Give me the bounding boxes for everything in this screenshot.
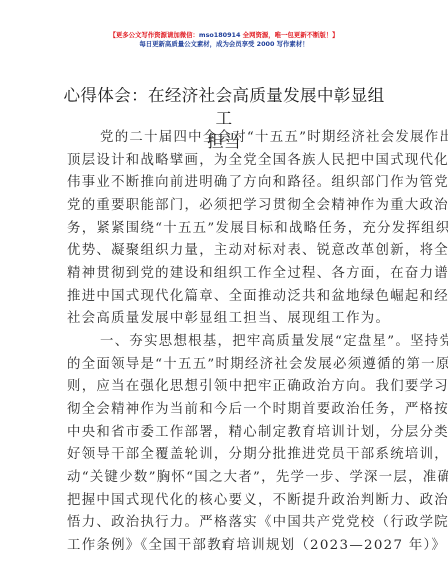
text-line: 的全面领导是“十五五”时期经济社会发展必须遵循的第一原 [67,354,383,377]
document-page: 【更多公文写作资源请加微信：mso180914 全网资源，唯一包更新不断版！】 … [0,0,448,580]
text-line: 则，应当在强化思想引领中把牢正确政治方向。我们要学习贯 [67,376,383,399]
text-line: 好领导干部全覆盖轮训，分期分批推进党员干部系统培训，推 [67,444,383,467]
promo-suffix: 全网资源，唯一包更新不断版！】 [240,31,338,39]
paragraph-section-1: 一、夯实思想根基，把牢高质量发展“定盘星”。坚持党 的全面领导是“十五五”时期经… [67,331,383,558]
text-line: 党的二十届四中全会对“十五五”时期经济社会发展作出 [67,127,383,150]
page-number: 1 [0,541,448,551]
text-line: 彻全会精神作为当前和今后一个时期首要政治任务，严格按照 [67,399,383,422]
wechat-id: mso180914 [199,31,241,39]
text-line: 社会高质量发展中彰显组工担当、展现组工作为。 [67,308,383,331]
text-line: 务，紧紧围绕“十五五”发展目标和战略任务，充分发挥组织 [67,218,383,241]
text-line: 优势、凝聚组织力量，主动对标对表、锐意改革创新，将全会 [67,240,383,263]
text-line: 伟事业不断推向前进明确了方向和路径。组织部门作为管党治 [67,172,383,195]
promo-prefix: 【更多公文写作资源请加微信： [109,31,198,39]
text-line: 动“关键少数”胸怀“国之大者”，先学一步、学深一层，准确 [67,467,383,490]
text-line: 一、夯实思想根基，把牢高质量发展“定盘星”。坚持党 [67,331,383,354]
title-line-1: 心得体会：在经济社会高质量发展中彰显组工 [60,84,388,130]
text-line: 推进中国式现代化篇章、全面推动泛共和盆地绿色崛起和经济 [67,286,383,309]
document-body: 党的二十届四中全会对“十五五”时期经济社会发展作出 顶层设计和战略擘画，为全党全… [67,127,383,557]
text-line: 中央和省市委工作部署，精心制定教育培训计划，分层分类抓 [67,422,383,445]
promo-banner-line-2: 每日更新高质量公文素材，成为会员享受 2000 写作素材！ [0,40,448,49]
promo-banner: 【更多公文写作资源请加微信：mso180914 全网资源，唯一包更新不断版！】 … [0,31,448,49]
paragraph-intro: 党的二十届四中全会对“十五五”时期经济社会发展作出 顶层设计和战略擘画，为全党全… [67,127,383,331]
text-line: 顶层设计和战略擘画，为全党全国各族人民把中国式现代化宏 [67,150,383,173]
text-line: 悟力、政治执行力。严格落实《中国共产党党校（行政学院） [67,512,383,535]
text-line: 党的重要职能部门，必须把学习贯彻全会精神作为重大政治任 [67,195,383,218]
promo-banner-line-1: 【更多公文写作资源请加微信：mso180914 全网资源，唯一包更新不断版！】 [0,31,448,40]
text-line: 把握中国式现代化的核心要义，不断提升政治判断力、政治领 [67,490,383,513]
text-line: 精神贯彻到党的建设和组织工作全过程、各方面，在奋力谱写 [67,263,383,286]
